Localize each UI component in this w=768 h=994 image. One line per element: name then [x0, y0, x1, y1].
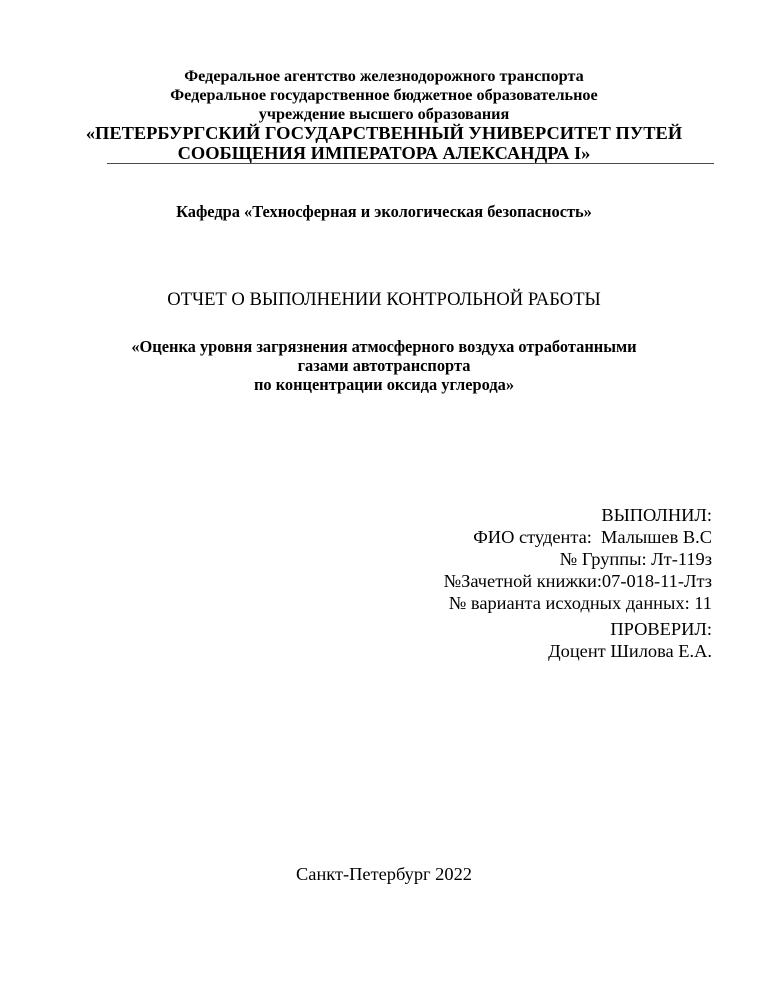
student-name: ФИО студента: Малышев В.С	[444, 526, 712, 548]
report-kind: ОТЧЕТ О ВЫПОЛНЕНИИ КОНТРОЛЬНОЙ РАБОТЫ	[0, 289, 768, 311]
performed-by-block: ВЫПОЛНИЛ: ФИО студента: Малышев В.С № Гр…	[444, 504, 712, 614]
performed-by-heading: ВЫПОЛНИЛ:	[444, 504, 712, 526]
teacher-name: Доцент Шилова Е.А.	[548, 640, 712, 662]
institution-type-line1: Федеральное государственное бюджетное об…	[0, 86, 768, 105]
report-topic-line1: «Оценка уровня загрязнения атмосферного …	[0, 337, 768, 356]
checked-by-block: ПРОВЕРИЛ: Доцент Шилова Е.А.	[548, 618, 712, 662]
agency-name: Федеральное агентство железнодорожного т…	[0, 67, 768, 86]
variant-number: № варианта исходных данных: 11	[444, 592, 712, 614]
checked-by-heading: ПРОВЕРИЛ:	[548, 618, 712, 640]
report-topic-line2: газами автотранспорта	[0, 356, 768, 375]
university-name-line1: «ПЕТЕРБУРГСКИЙ ГОСУДАРСТВЕННЫЙ УНИВЕРСИТ…	[0, 122, 768, 144]
department-name: Кафедра «Техносферная и экологическая бе…	[0, 202, 768, 222]
group-number: № Группы: Лт-119з	[444, 548, 712, 570]
university-name-line2: СООБЩЕНИЯ ИМПЕРАТОРА АЛЕКСАНДРА I»	[0, 142, 768, 164]
record-book-number: №Зачетной книжки:07-018-11-Лтз	[444, 570, 712, 592]
report-topic-line3: по концентрации оксида углерода»	[0, 375, 768, 394]
city-year: Санкт-Петербург 2022	[0, 863, 768, 885]
document-page: Федеральное агентство железнодорожного т…	[0, 0, 768, 994]
header-divider	[107, 163, 714, 164]
